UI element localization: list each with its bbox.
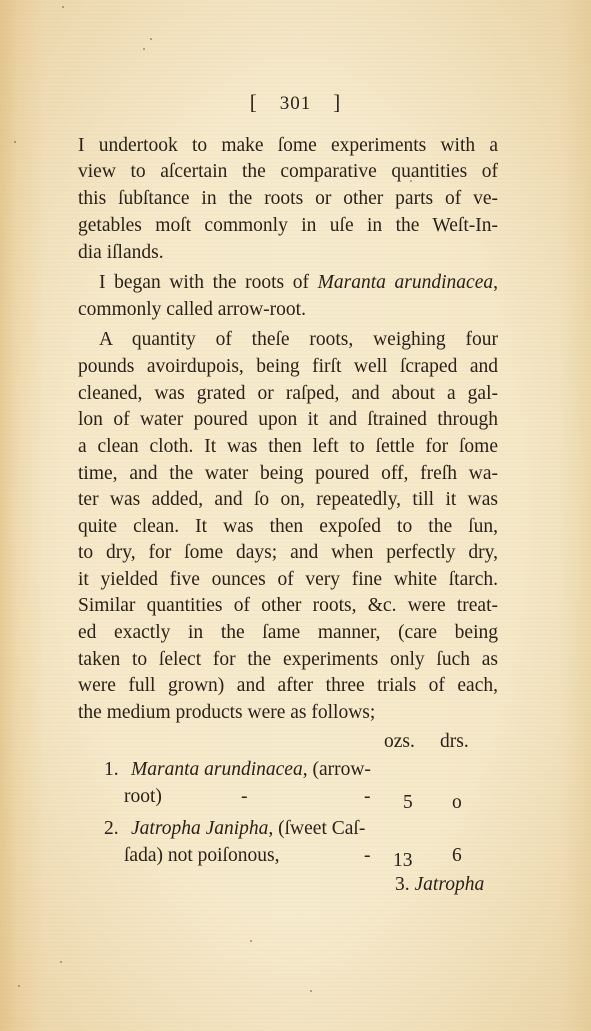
- paper-speck: [14, 141, 16, 143]
- paper-speck: [250, 940, 252, 942]
- text-line: commonly called arrow-root.: [78, 297, 498, 323]
- text-line: time, and the water being poured off, fr…: [78, 461, 498, 487]
- text-line: taken to ſelect for the experiments only…: [78, 647, 498, 673]
- paper-speck: [410, 180, 412, 182]
- text-line: this ſubſtance in the roots or other par…: [78, 186, 498, 212]
- value-ozs: 13: [393, 848, 413, 874]
- text-line: the medium products were as follows;: [78, 700, 498, 726]
- text-line: I undertook to make ſome experiments wit…: [78, 133, 498, 159]
- text-line: it yielded five ounces of very fine whit…: [78, 567, 498, 593]
- text-line: were full grown) and after three trials …: [78, 673, 498, 699]
- text-line: ter was added, and ſo on, repeatedly, ti…: [78, 487, 498, 513]
- bracket-close: ]: [333, 90, 341, 115]
- paper-speck: [62, 6, 64, 8]
- leader-dash: -: [241, 784, 248, 810]
- leader-dash: -: [364, 843, 371, 869]
- text-line: I began with the roots of Maranta arundi…: [99, 270, 498, 296]
- text-line: Similar quantities of other roots, &c. w…: [78, 593, 498, 619]
- row-name-continued: ſada) not poiſonous,: [124, 843, 279, 869]
- text-line: pounds avoirdupois, being firſt well ſcr…: [78, 354, 498, 380]
- paper-speck: [60, 961, 62, 963]
- page-number: 301: [280, 93, 312, 115]
- paper-speck: [143, 48, 145, 50]
- text-line: A quantity of theſe roots, weighing four: [99, 327, 498, 353]
- text-line: to dry, for ſome days; and when perfectl…: [78, 540, 498, 566]
- row-number: 1.: [104, 757, 119, 783]
- bracket-open: [: [250, 90, 258, 115]
- row-name: Maranta arundinacea, (arrow-: [131, 757, 371, 783]
- text-span: , (ſweet Caſ-: [268, 818, 365, 839]
- column-header-drs: drs.: [440, 729, 469, 755]
- catchword-text: Jatropha: [415, 874, 485, 895]
- row-name: Jatropha Janipha, (ſweet Caſ-: [131, 816, 365, 842]
- species-name: Maranta arundinacea: [131, 759, 303, 780]
- text-line: dia iſlands.: [78, 240, 498, 266]
- text-line: view to aſcertain the comparative quanti…: [78, 159, 498, 185]
- catchword-number: 3.: [395, 874, 410, 895]
- text-line: lon of water poured upon it and ſtrained…: [78, 407, 498, 433]
- row-number: 2.: [104, 816, 119, 842]
- leader-dash: -: [364, 784, 371, 810]
- column-header-ozs: ozs.: [384, 729, 415, 755]
- species-name: Jatropha Janipha: [131, 818, 268, 839]
- text-line: getables moſt commonly in uſe in the Weſ…: [78, 213, 498, 239]
- value-drs: o: [452, 790, 462, 816]
- page-header: [301]: [0, 90, 591, 115]
- text-span: I began with the roots of: [99, 272, 318, 293]
- row-name-continued: root): [124, 784, 162, 810]
- paper-speck: [310, 990, 312, 992]
- text-line: quite clean. It was then expoſed to the …: [78, 514, 498, 540]
- value-drs: 6: [452, 843, 462, 869]
- catchword: 3. Jatropha: [395, 872, 484, 898]
- text-line: cleaned, was grated or raſped, and about…: [78, 381, 498, 407]
- paper-speck: [18, 985, 20, 987]
- species-name: Maranta arundinacea: [318, 272, 493, 293]
- text-span: ,: [493, 272, 498, 293]
- paper-speck: [150, 38, 152, 40]
- value-ozs: 5: [403, 790, 413, 816]
- text-span: , (arrow-: [303, 759, 371, 780]
- text-line: a clean cloth. It was then left to ſettl…: [78, 434, 498, 460]
- text-line: ed exactly in the ſame manner, (care bei…: [78, 620, 498, 646]
